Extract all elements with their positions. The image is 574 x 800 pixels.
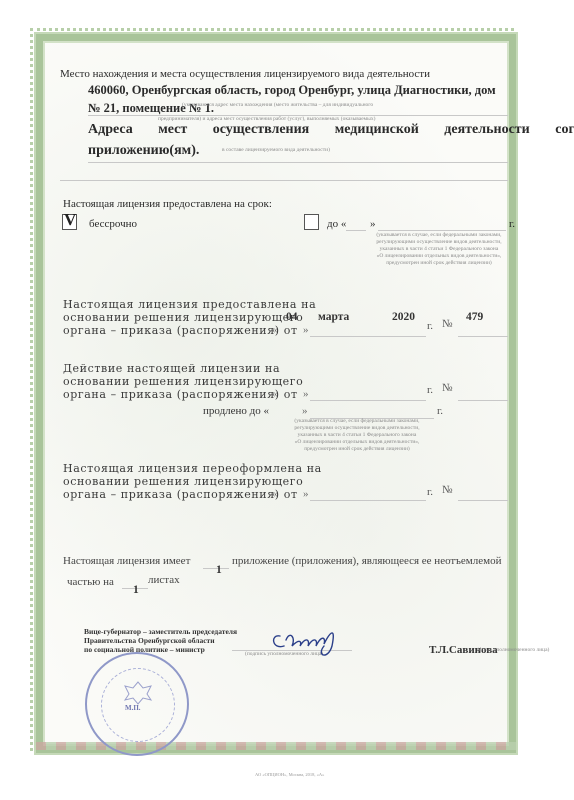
extended-until-quote-close: » [302,405,308,417]
activity-caption: в составе лицензируемого вида деятельнос… [222,147,330,153]
extended-quote-close: » [303,388,309,400]
granted-label: Настоящая лицензия предоставлена на осно… [63,298,316,337]
extended-label: Действие настоящей лицензии на основании… [63,362,303,401]
signature-icon [266,616,346,656]
until-checkbox[interactable] [304,214,319,230]
official-seal-icon: М.П. [85,652,189,756]
granted-month: марта [318,311,349,323]
until-quote-close: » [370,218,376,230]
sheets-count: 1 [133,584,139,596]
extended-number-label: № [442,382,453,394]
stamp-label: М.П. [125,704,141,712]
term-heading: Настоящая лицензия предоставлена на срок… [63,198,272,210]
reissued-year-suffix: г. [427,486,433,498]
reissued-quote-close: » [303,488,309,500]
extended-year-suffix: г. [427,384,433,396]
until-suffix: г. [509,218,515,230]
reissued-quote-open: « [272,488,278,500]
granted-number-label: № [442,318,453,330]
reissued-number-label: № [442,484,453,496]
appendix-text-part: частью на [67,576,114,588]
granted-year-suffix: г. [427,320,433,332]
printer-imprint: АО «ОПЦИОН», Москва, 2018, «А» [255,772,324,777]
extended-caption: (указывается в случае, если федеральными… [272,418,442,453]
activity-line-1: Адреса мест осуществления медицинской де… [88,122,574,138]
granted-number: 479 [466,311,483,323]
appendix-text-before: Настоящая лицензия имеет [63,555,190,567]
extended-until-suffix: г. [437,405,443,417]
appendix-text-after: приложение (приложения), являющееся ее н… [232,555,502,567]
location-heading: Место нахождения и места осуществления л… [60,68,430,80]
activity-line-2: приложению(ям). [88,143,199,159]
address-caption-1: (указываются адрес места нахождения (мес… [182,102,373,108]
indefinite-label: бессрочно [89,218,137,230]
term-caption: (указывается в случае, если федеральными… [354,232,524,267]
signatory-position: Вице-губернатор – заместитель председате… [84,627,237,654]
name-caption: (ф.и.о. уполномоченного лица) [477,647,549,653]
address-line-1: 460060, Оренбургская область, город Орен… [88,83,496,98]
check-mark-icon: V [64,211,76,228]
appendix-count: 1 [216,564,222,576]
extended-quote-open: « [272,388,278,400]
coat-of-arms-icon [121,680,155,706]
granted-year: 2020 [392,311,415,323]
granted-day: 04 [286,311,298,323]
granted-quote-close: » [303,324,309,336]
granted-quote-open: « [272,324,278,336]
until-prefix: до « [327,218,346,230]
sheets-label: листах [148,574,180,586]
extended-until-label: продлено до « [203,405,269,417]
reissued-label: Настоящая лицензия переоформлена на осно… [63,462,322,501]
